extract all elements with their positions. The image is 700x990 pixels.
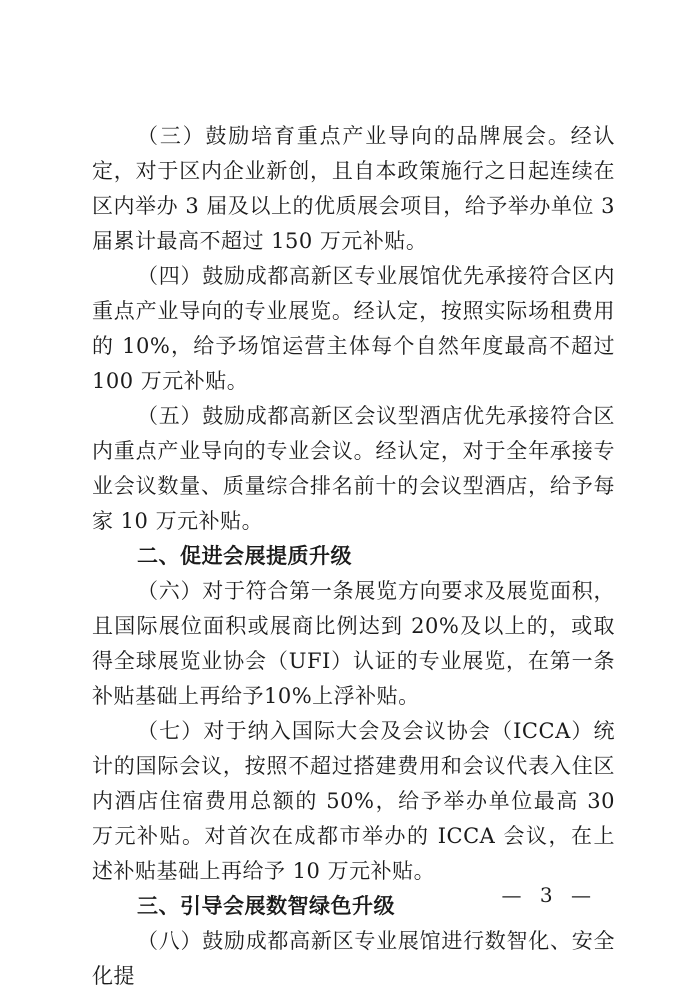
paragraph-item-7: （七）对于纳入国际大会及会议协会（ICCA）统计的国际会议，按照不超过搭建费用和… [92, 714, 615, 889]
paragraph-item-8: （八）鼓励成都高新区专业展馆进行数智化、安全化提 [92, 924, 615, 990]
paragraph-item-6: （六）对于符合第一条展览方向要求及展览面积，且国际展位面积或展商比例达到 20%… [92, 574, 615, 714]
paragraph-item-4: （四）鼓励成都高新区专业展馆优先承接符合区内重点产业导向的专业展览。经认定，按照… [92, 259, 615, 399]
paragraph-item-5: （五）鼓励成都高新区会议型酒店优先承接符合区内重点产业导向的专业会议。经认定，对… [92, 399, 615, 539]
section-heading-2: 二、促进会展提质升级 [92, 539, 615, 574]
document-body: （三）鼓励培育重点产业导向的品牌展会。经认定，对于区内企业新创，且自本政策施行之… [92, 119, 615, 990]
document-page: （三）鼓励培育重点产业导向的品牌展会。经认定，对于区内企业新创，且自本政策施行之… [0, 0, 700, 990]
paragraph-item-3: （三）鼓励培育重点产业导向的品牌展会。经认定，对于区内企业新创，且自本政策施行之… [92, 119, 615, 259]
page-number: — 3 — [502, 883, 597, 907]
